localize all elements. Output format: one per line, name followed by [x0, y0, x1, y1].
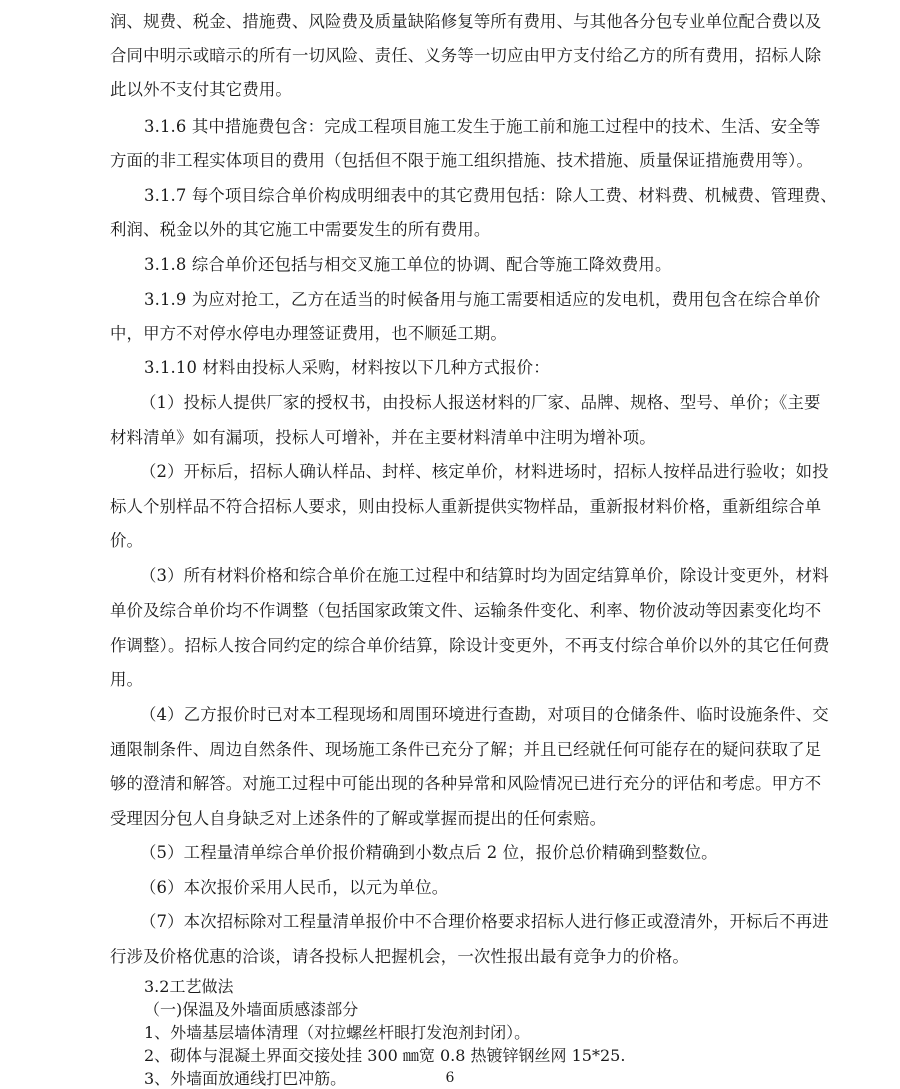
item-6: （6）本次报价采用人民币，以元为单位。	[140, 878, 448, 898]
paragraph-line: 用。	[110, 670, 143, 690]
paragraph-line: 方面的非工程实体项目的费用（包括但不限于施工组织措施、技术措施、质量保证措施费用…	[110, 151, 813, 171]
step-2: 2、砌体与混凝土界面交接处挂 300 ㎜宽 0.8 热镀锌钢丝网 15*25.	[144, 1046, 625, 1066]
page-number: 6	[0, 1070, 900, 1086]
paragraph-line: 标人个别样品不符合招标人要求，则由投标人重新提供实物样品，重新报材料价格，重新组…	[110, 497, 821, 517]
item-2: （2）开标后，招标人确认样品、封样、核定单价，材料进场时，招标人按样品进行验收；…	[140, 462, 829, 482]
paragraph-line: 此以外不支付其它费用。	[110, 80, 292, 100]
paragraph-line: 利润、税金以外的其它施工中需要发生的所有费用。	[110, 220, 490, 240]
paragraph-line: 单价及综合单价均不作调整（包括国家政策文件、运输条件变化、利率、物价波动等因素变…	[110, 601, 821, 621]
step-1: 1、外墙基层墙体清理（对拉螺丝杆眼打发泡剂封闭）。	[144, 1023, 530, 1043]
clause-3-1-6: 3.1.6 其中措施费包含：完成工程项目施工发生于施工前和施工过程中的技术、生活…	[144, 117, 820, 137]
section-heading-3-2: 3.2工艺做法	[144, 977, 233, 997]
paragraph-line: 作调整）。招标人按合同约定的综合单价结算，除设计变更外，不再支付综合单价以外的其…	[110, 636, 830, 656]
clause-3-1-9: 3.1.9 为应对抢工，乙方在适当的时候备用与施工需要相适应的发电机，费用包含在…	[144, 290, 820, 310]
paragraph-line: 中，甲方不对停水停电办理签证费用，也不顺延工期。	[110, 324, 507, 344]
paragraph-line: 合同中明示或暗示的所有一切风险、责任、义务等一切应由甲方支付给乙方的所有费用，招…	[110, 46, 821, 66]
paragraph-line: 够的澄清和解答。对施工过程中可能出现的各种异常和风险情况已进行充分的评估和考虑。…	[110, 774, 821, 794]
clause-3-1-10: 3.1.10 材料由投标人采购，材料按以下几种方式报价：	[144, 358, 550, 378]
paragraph-line: 润、规费、税金、措施费、风险费及质量缺陷修复等所有费用、与其他各分包专业单位配合…	[110, 12, 821, 32]
paragraph-line: 行涉及价格优惠的洽谈，请各投标人把握机会，一次性报出最有竞争力的价格。	[110, 947, 689, 967]
paragraph-line: 材料清单》如有漏项，投标人可增补，并在主要材料清单中注明为增补项。	[110, 428, 656, 448]
paragraph-line: 通限制条件、周边自然条件、现场施工条件已充分了解；并且已经就任何可能存在的疑问获…	[110, 740, 821, 760]
clause-3-1-7: 3.1.7 每个项目综合单价构成明细表中的其它费用包括：除人工费、材料费、机械费…	[144, 186, 837, 206]
subsection-heading: （一)保温及外墙面质感漆部分	[144, 1000, 358, 1020]
item-5: （5）工程量清单综合单价报价精确到小数点后 2 位，报价总价精确到整数位。	[140, 843, 718, 863]
item-7: （7）本次招标除对工程量清单报价中不合理价格要求招标人进行修正或澄清外，开标后不…	[140, 912, 829, 932]
item-1: （1）投标人提供厂家的授权书，由投标人报送材料的厂家、品牌、规格、型号、单价；《…	[140, 393, 821, 413]
clause-3-1-8: 3.1.8 综合单价还包括与相交叉施工单位的协调、配合等施工降效费用。	[144, 255, 672, 275]
paragraph-line: 价。	[110, 531, 143, 551]
item-4: （4）乙方报价时已对本工程现场和周围环境进行查勘，对项目的仓储条件、临时设施条件…	[140, 705, 829, 725]
paragraph-line: 受理因分包人自身缺乏对上述条件的了解或掌握而提出的任何索赔。	[110, 809, 606, 829]
item-3: （3）所有材料价格和综合单价在施工过程中和结算时均为固定结算单价，除设计变更外，…	[140, 566, 829, 586]
